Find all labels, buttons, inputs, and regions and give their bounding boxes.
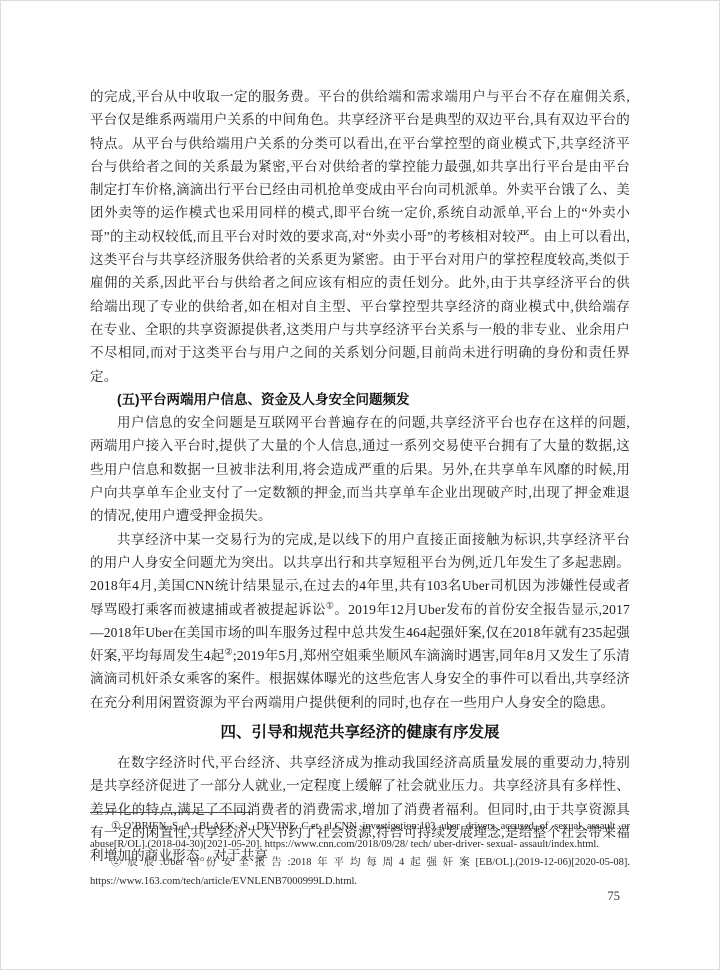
document-page: 的完成,平台从中收取一定的服务费。平台的供给端和需求端用户与平台不存在雇佣关系,…: [0, 0, 720, 970]
footnote-1: ①O’BRIEN S A, BLACK N, DEVINE C,et al.CN…: [90, 818, 630, 854]
footnote-marker: ②: [111, 857, 127, 868]
footnote-text: O’BRIEN S A, BLACK N, DEVINE C,et al.CNN…: [90, 821, 630, 850]
paragraph: 用户信息的安全问题是互联网平台普遍存在的问题,共享经济平台也存在这样的问题,两端…: [90, 411, 630, 527]
subsection-heading: (五)平台两端用户信息、资金及人身安全问题频发: [90, 388, 630, 411]
page-body: 的完成,平台从中收取一定的服务费。平台的供给端和需求端用户与平台不存在雇佣关系,…: [90, 85, 630, 868]
footnote-2: ②辰辰.Uber首份安全报告:2018年平均每周4起强奸案[EB/OL].(20…: [90, 854, 630, 890]
footnote-divider: [90, 812, 252, 813]
footnote-text: 辰辰.Uber首份安全报告:2018年平均每周4起强奸案[EB/OL].(201…: [90, 857, 630, 886]
footnote-ref-2: ②: [225, 647, 233, 657]
section-heading: 四、引导和规范共享经济的健康有序发展: [90, 721, 630, 745]
footnotes-block: ①O’BRIEN S A, BLACK N, DEVINE C,et al.CN…: [90, 812, 630, 891]
page-number: 75: [608, 889, 621, 904]
paragraph-continuation: 的完成,平台从中收取一定的服务费。平台的供给端和需求端用户与平台不存在雇佣关系,…: [90, 85, 630, 388]
footnote-marker: ①: [111, 821, 124, 832]
paragraph: 共享经济中某一交易行为的完成,是以线下的用户直接正面接触为标识,共享经济平台的用…: [90, 528, 630, 714]
